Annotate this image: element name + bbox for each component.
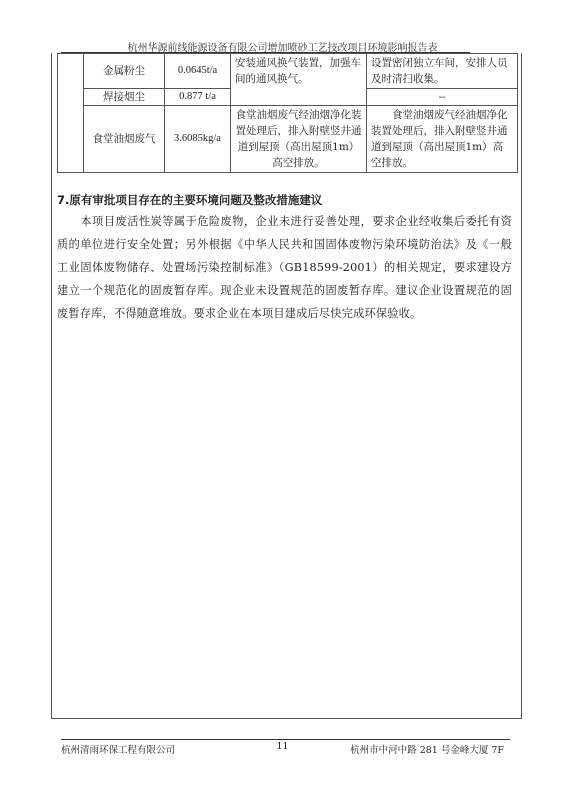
recommended-measure-cell: 食堂油烟废气经油烟净化装置处理后，排入附壁竖井通道到屋顶（高出屋顶1m）高空排放… [367, 106, 518, 173]
section-paragraph: 本项目废活性炭等属于危险废物，企业未进行妥善处理，要求企业经收集后委托有资质的单… [57, 210, 512, 325]
table-row: 金属粉尘 0.0645t/a 安装通风换气装置，加强车间的通风换气。 设置密闭独… [58, 54, 518, 89]
section-heading: 7.原有审批项目存在的主要环境问题及整改措施建议 [57, 192, 322, 208]
pollutant-cell: 焊接烟尘 [84, 89, 165, 106]
recommended-measure-cell: -- [367, 89, 518, 106]
pollutant-cell: 金属粉尘 [84, 54, 165, 89]
footer-address: 杭州市中河中路 281 号金峰大厦 7F [350, 742, 504, 756]
category-cell [58, 54, 84, 173]
amount-cell: 3.6085kg/a [165, 106, 231, 173]
current-measure-cell: 食堂油烟废气经油烟净化装置处理后，排入附壁竖井通道到屋顶（高出屋顶1m）高空排放… [231, 106, 367, 173]
recommended-measure-cell: 设置密闭独立车间，安排人员及时清扫收集。 [367, 54, 518, 89]
pollutant-cell: 食堂油烟废气 [84, 106, 165, 173]
amount-cell: 0.877 t/a [165, 89, 231, 106]
footer-divider [61, 739, 510, 740]
current-measure-cell: 安装通风换气装置，加强车间的通风换气。 [231, 54, 367, 106]
amount-cell: 0.0645t/a [165, 54, 231, 89]
table-row: 食堂油烟废气 3.6085kg/a 食堂油烟废气经油烟净化装置处理后，排入附壁竖… [58, 106, 518, 173]
emissions-table: 金属粉尘 0.0645t/a 安装通风换气装置，加强车间的通风换气。 设置密闭独… [57, 53, 518, 173]
